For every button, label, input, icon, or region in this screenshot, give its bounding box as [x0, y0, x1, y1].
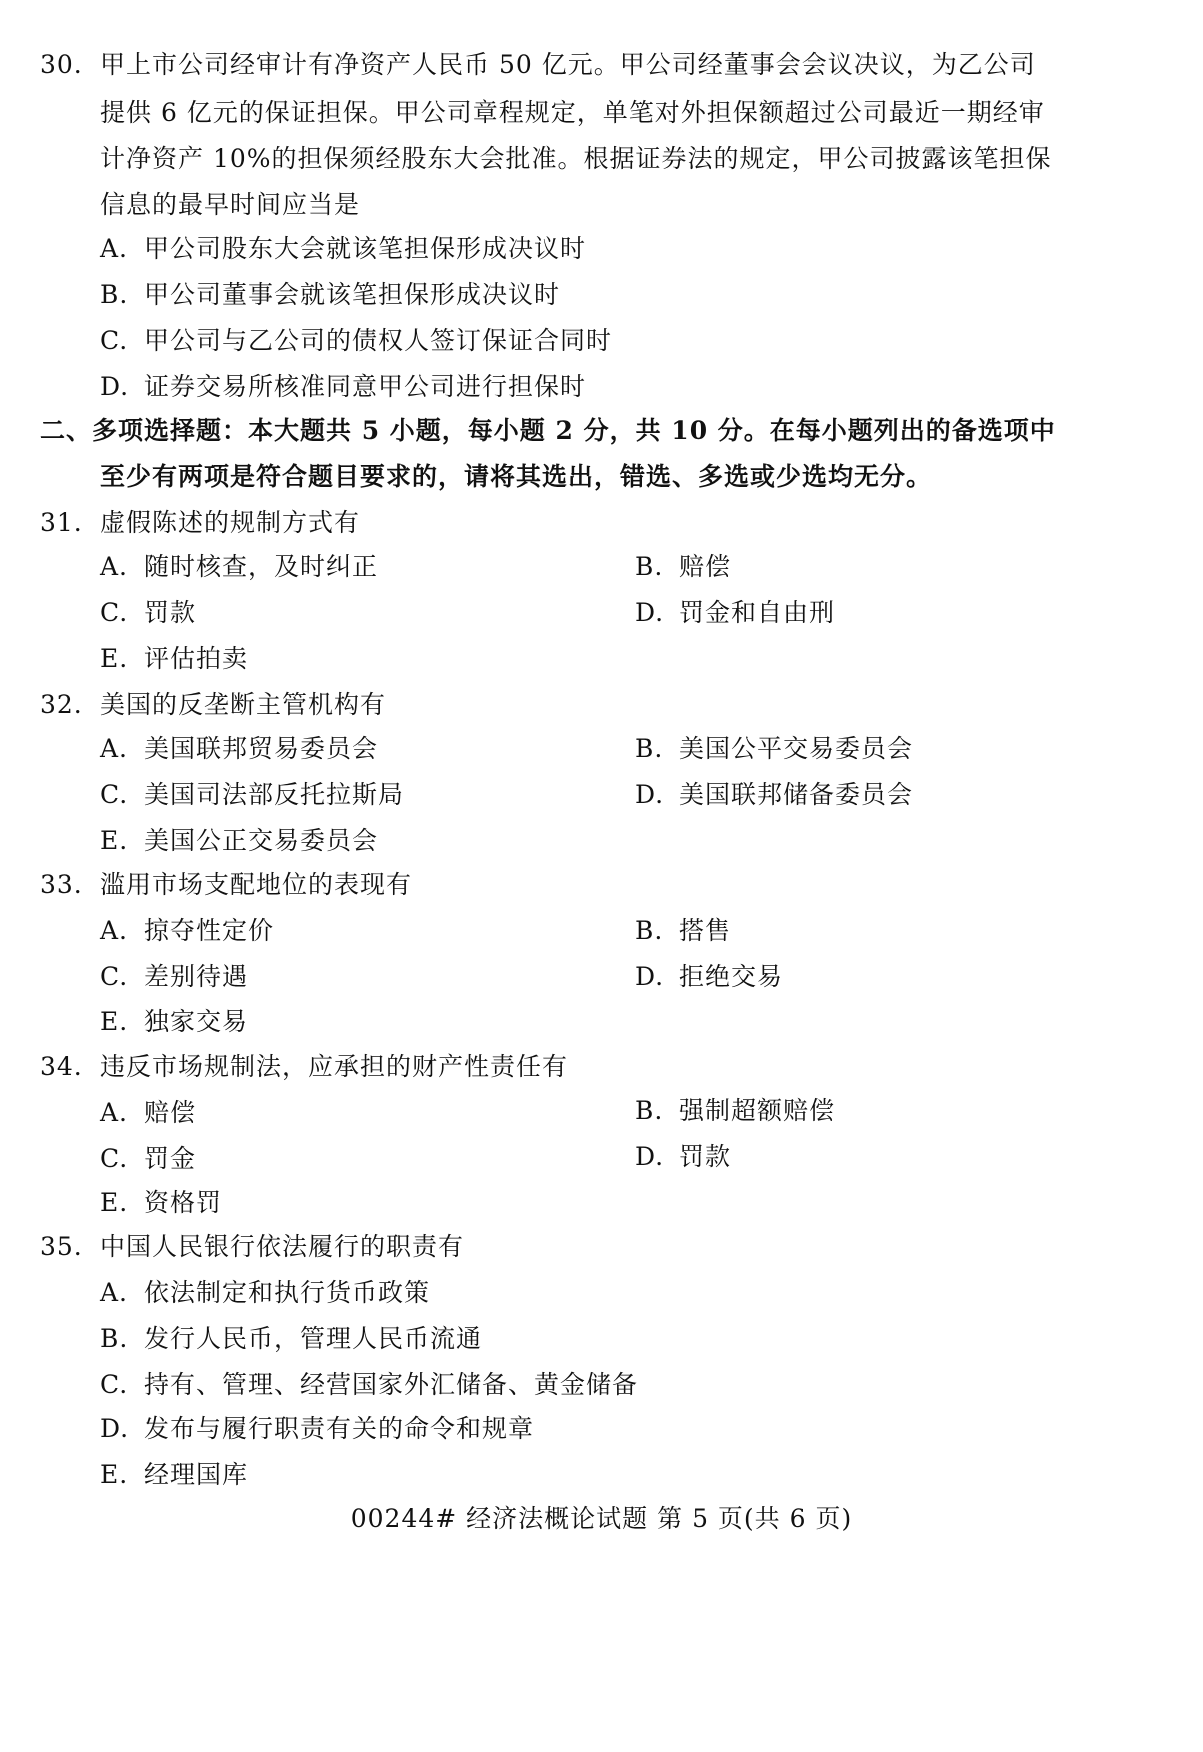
question-text: 违反市场规制法，应承担的财产性责任有 — [100, 1050, 568, 1084]
option-a: A.依法制定和执行货币政策 — [100, 1276, 430, 1310]
option-text: 赔偿 — [144, 1098, 196, 1127]
question-number: 32. — [40, 688, 83, 722]
option-text: 掠夺性定价 — [144, 916, 274, 945]
option-label: E. — [100, 1458, 144, 1492]
option-b: B.搭售 — [635, 914, 731, 948]
question-text: 中国人民银行依法履行的职责有 — [100, 1230, 464, 1264]
option-label: D. — [635, 596, 679, 630]
option-b: B.美国公平交易委员会 — [635, 732, 913, 766]
option-text: 独家交易 — [144, 1007, 248, 1036]
option-d: D.罚款 — [635, 1140, 731, 1174]
option-a: A.美国联邦贸易委员会 — [100, 732, 378, 766]
question-number: 34. — [40, 1050, 83, 1084]
option-label: D. — [635, 778, 679, 812]
option-b: B.强制超额赔偿 — [635, 1094, 835, 1128]
question-30-line-2: 提供 6 亿元的保证担保。甲公司章程规定，单笔对外担保额超过公司最近一期经审 — [100, 96, 1045, 130]
option-label: C. — [100, 960, 144, 994]
question-30-line-3: 计净资产 10%的担保须经股东大会批准。根据证券法的规定，甲公司披露该笔担保 — [100, 142, 1052, 176]
option-text: 随时核查，及时纠正 — [144, 552, 378, 581]
question-30-line-4: 信息的最早时间应当是 — [100, 188, 360, 222]
option-label: D. — [100, 370, 144, 404]
option-label: A. — [100, 914, 144, 948]
option-text: 美国联邦储备委员会 — [679, 780, 913, 809]
option-label: A. — [100, 232, 144, 266]
option-text: 评估拍卖 — [144, 644, 248, 673]
option-label: D. — [100, 1412, 144, 1446]
option-label: A. — [100, 732, 144, 766]
option-label: E. — [100, 1186, 144, 1220]
option-text: 美国联邦贸易委员会 — [144, 734, 378, 763]
option-label: C. — [100, 778, 144, 812]
option-label: D. — [635, 1140, 679, 1174]
option-label: B. — [635, 732, 679, 766]
question-number: 30. — [40, 48, 83, 82]
option-label: C. — [100, 324, 144, 358]
option-label: C. — [100, 1142, 144, 1176]
option-text: 发行人民币，管理人民币流通 — [144, 1324, 482, 1353]
option-d: D.美国联邦储备委员会 — [635, 778, 913, 812]
option-text: 美国公平交易委员会 — [679, 734, 913, 763]
option-text: 拒绝交易 — [679, 962, 783, 991]
option-c: C.罚金 — [100, 1142, 196, 1176]
option-text: 罚金和自由刑 — [679, 598, 835, 627]
question-text: 美国的反垄断主管机构有 — [100, 688, 386, 722]
option-e: E.独家交易 — [100, 1005, 248, 1039]
section-header-line-1: 二、多项选择题：本大题共 5 小题，每小题 2 分，共 10 分。在每小题列出的… — [40, 414, 1056, 448]
option-text: 美国司法部反托拉斯局 — [144, 780, 404, 809]
option-a: A.甲公司股东大会就该笔担保形成决议时 — [100, 232, 586, 266]
exam-page: 30. 甲上市公司经审计有净资产人民币 50 亿元。甲公司经董事会会议决议，为乙… — [0, 0, 1203, 1752]
page-footer: 00244# 经济法概论试题 第 5 页(共 6 页) — [0, 1502, 1203, 1536]
option-c: C.美国司法部反托拉斯局 — [100, 778, 404, 812]
option-d: D.罚金和自由刑 — [635, 596, 835, 630]
option-label: B. — [635, 914, 679, 948]
option-d: D.拒绝交易 — [635, 960, 783, 994]
option-text: 罚款 — [679, 1142, 731, 1171]
option-label: A. — [100, 1096, 144, 1130]
option-label: B. — [100, 1322, 144, 1356]
option-label: D. — [635, 960, 679, 994]
option-e: E.资格罚 — [100, 1186, 222, 1220]
option-a: A.掠夺性定价 — [100, 914, 274, 948]
option-label: E. — [100, 642, 144, 676]
option-text: 甲公司董事会就该笔担保形成决议时 — [144, 280, 560, 309]
option-a: A.赔偿 — [100, 1096, 196, 1130]
option-b: B.甲公司董事会就该笔担保形成决议时 — [100, 278, 560, 312]
option-c: C.差别待遇 — [100, 960, 248, 994]
option-label: C. — [100, 596, 144, 630]
option-text: 发布与履行职责有关的命令和规章 — [144, 1414, 534, 1443]
option-text: 美国公正交易委员会 — [144, 826, 378, 855]
option-text: 甲公司股东大会就该笔担保形成决议时 — [144, 234, 586, 263]
question-number: 31. — [40, 506, 83, 540]
question-text: 甲上市公司经审计有净资产人民币 50 亿元。甲公司经董事会会议决议，为乙公司 — [100, 48, 1036, 82]
option-e: E.美国公正交易委员会 — [100, 824, 378, 858]
option-label: B. — [635, 1094, 679, 1128]
option-text: 资格罚 — [144, 1188, 222, 1217]
option-text: 经理国库 — [144, 1460, 248, 1489]
option-label: B. — [635, 550, 679, 584]
option-e: E.经理国库 — [100, 1458, 248, 1492]
option-b: B.发行人民币，管理人民币流通 — [100, 1322, 482, 1356]
option-d: D.发布与履行职责有关的命令和规章 — [100, 1412, 534, 1446]
section-header-line-2: 至少有两项是符合题目要求的，请将其选出，错选、多选或少选均无分。 — [100, 460, 932, 494]
option-c: C.持有、管理、经营国家外汇储备、黄金储备 — [100, 1368, 638, 1402]
option-b: B.赔偿 — [635, 550, 731, 584]
option-text: 甲公司与乙公司的债权人签订保证合同时 — [144, 326, 612, 355]
option-text: 强制超额赔偿 — [679, 1096, 835, 1125]
option-label: E. — [100, 1005, 144, 1039]
option-label: A. — [100, 550, 144, 584]
option-text: 证券交易所核准同意甲公司进行担保时 — [144, 372, 586, 401]
option-text: 持有、管理、经营国家外汇储备、黄金储备 — [144, 1370, 638, 1399]
option-text: 差别待遇 — [144, 962, 248, 991]
question-number: 33. — [40, 868, 83, 902]
option-c: C.甲公司与乙公司的债权人签订保证合同时 — [100, 324, 612, 358]
option-label: E. — [100, 824, 144, 858]
option-text: 罚金 — [144, 1144, 196, 1173]
option-text: 搭售 — [679, 916, 731, 945]
option-d: D.证券交易所核准同意甲公司进行担保时 — [100, 370, 586, 404]
option-label: A. — [100, 1276, 144, 1310]
option-label: B. — [100, 278, 144, 312]
option-text: 罚款 — [144, 598, 196, 627]
question-number: 35. — [40, 1230, 83, 1264]
option-label: C. — [100, 1368, 144, 1402]
option-e: E.评估拍卖 — [100, 642, 248, 676]
question-text: 虚假陈述的规制方式有 — [100, 506, 360, 540]
option-c: C.罚款 — [100, 596, 196, 630]
question-text: 滥用市场支配地位的表现有 — [100, 868, 412, 902]
option-text: 依法制定和执行货币政策 — [144, 1278, 430, 1307]
option-text: 赔偿 — [679, 552, 731, 581]
option-a: A.随时核查，及时纠正 — [100, 550, 378, 584]
